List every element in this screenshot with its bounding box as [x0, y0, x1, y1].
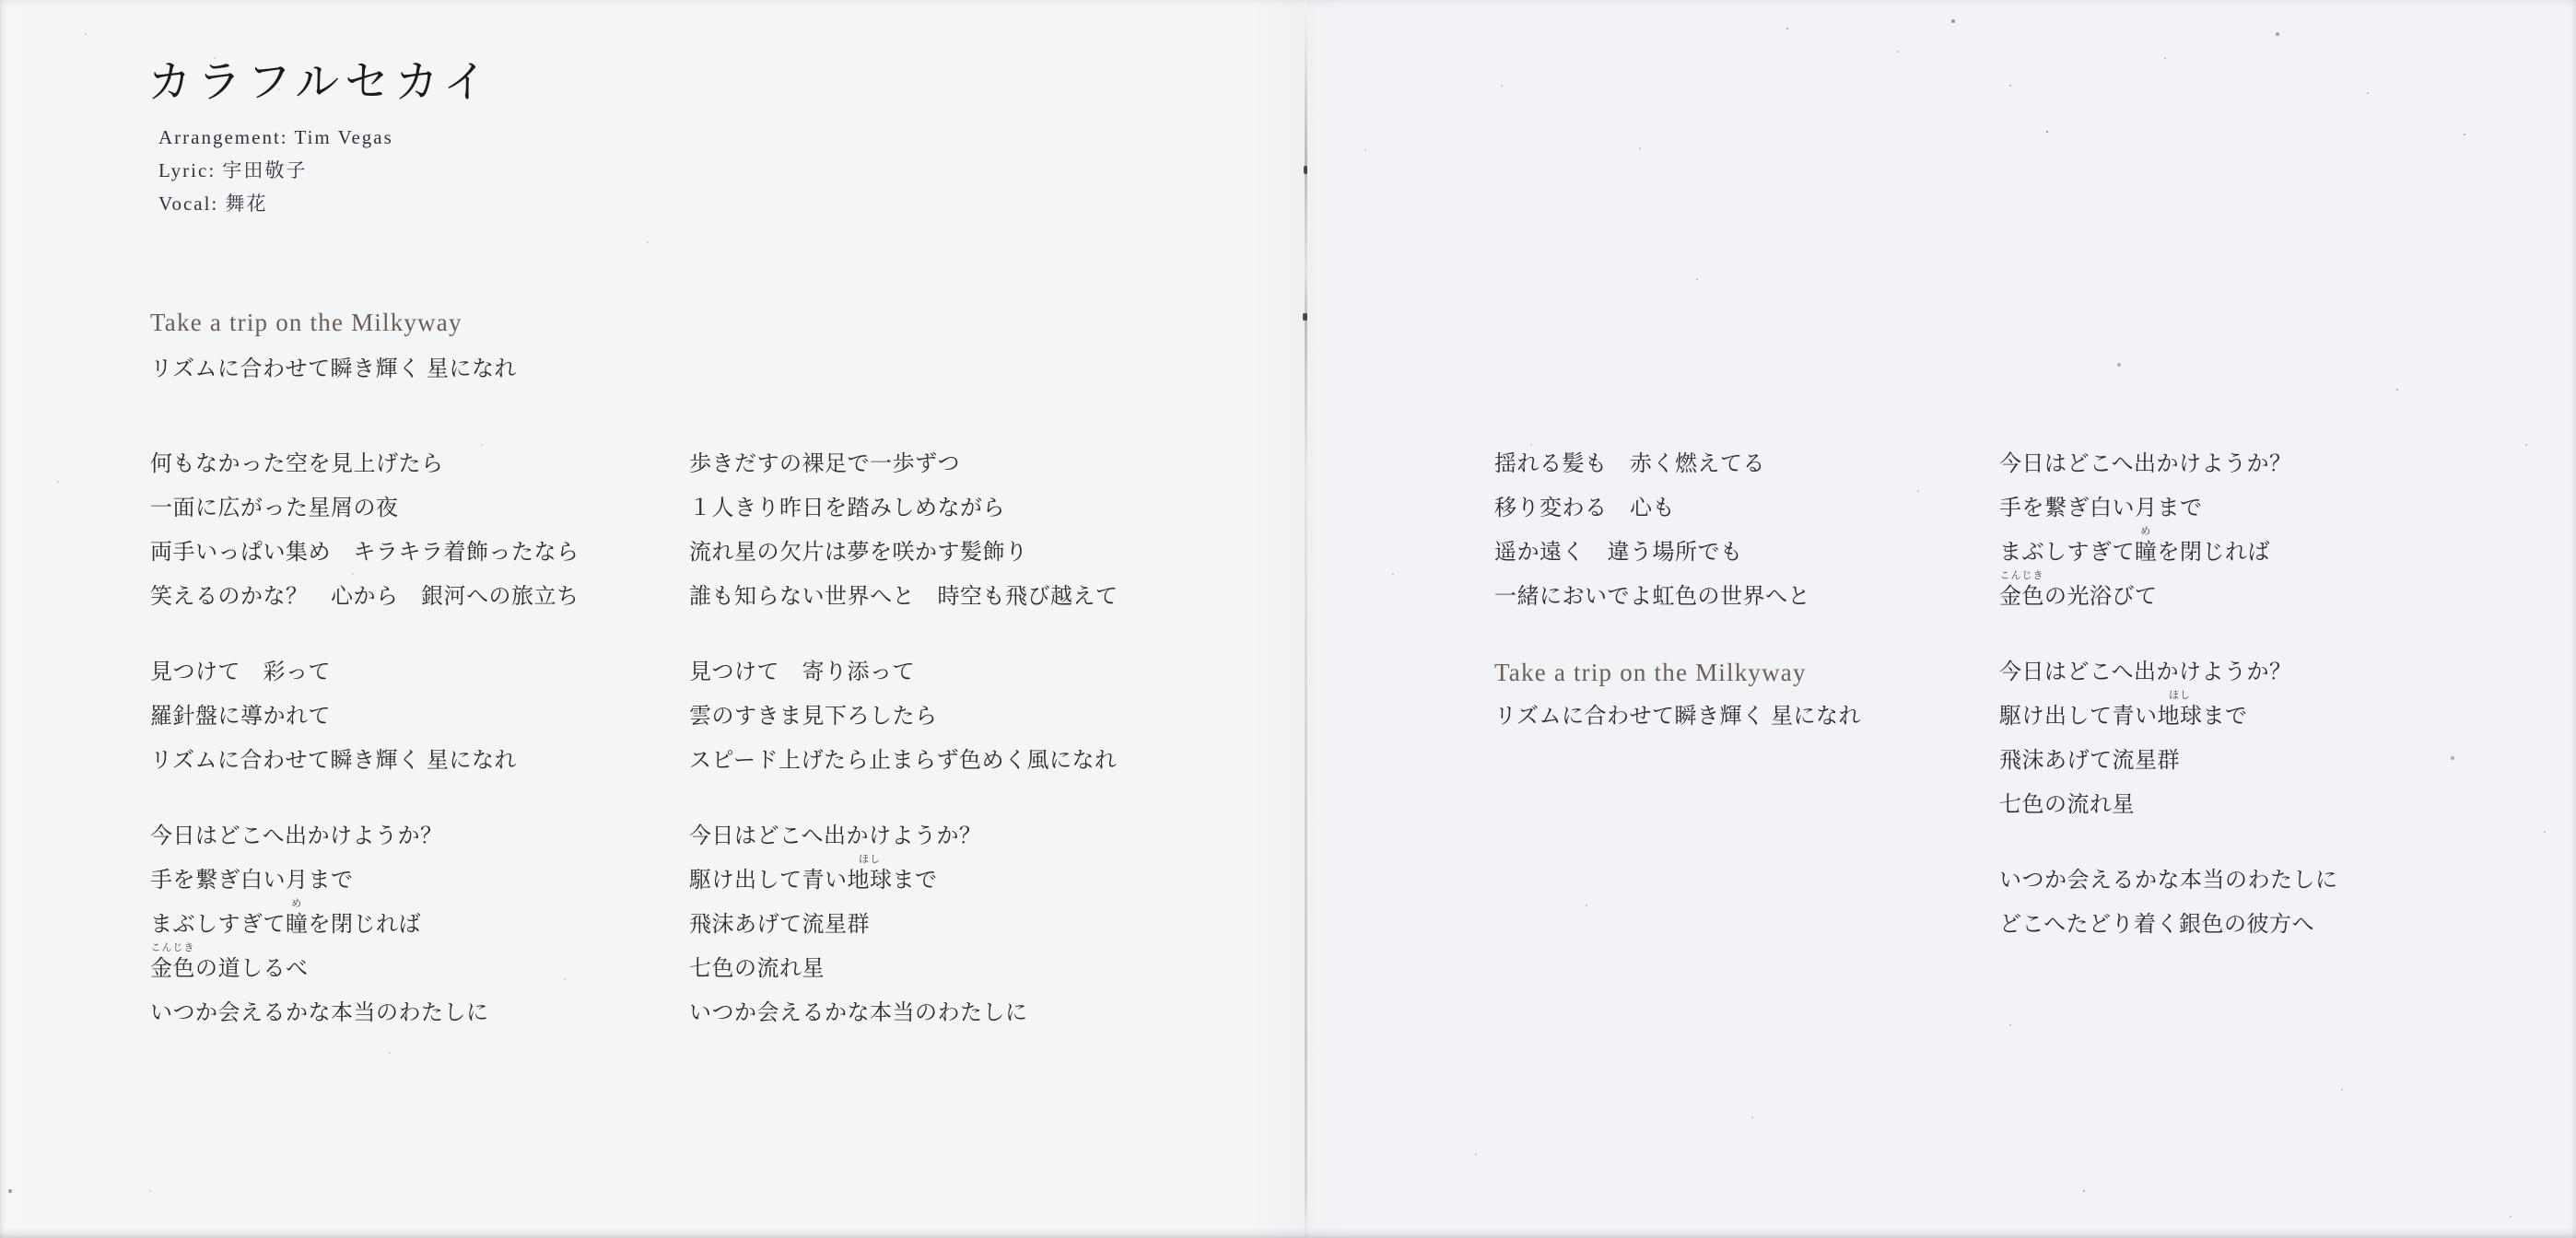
lyric-line: 雲のすきま見下ろしたら — [689, 705, 1118, 729]
lyric-stanza: 今日はどこへ出かけようか？駆け出して青いほし地球まで飛沫あげて流星群七色の流れ星… — [689, 824, 1118, 1025]
credit-line: Arrangement: Tim Vegas — [158, 127, 393, 147]
furigana-group: ほし地球 — [848, 869, 893, 893]
lyric-segment: 遥か遠く 違う場所でも — [1494, 541, 1743, 565]
lyric-line: こんじき金色の光浴びて — [1999, 585, 2338, 609]
lyric-line: 今日はどこへ出かけようか？ — [150, 824, 580, 848]
furigana-group: め瞳 — [286, 913, 309, 937]
lyric-line: まぶしすぎてめ瞳を閉じれば — [150, 913, 580, 937]
lyric-line: 歩きだすの裸足で一歩ずつ — [689, 452, 1118, 476]
lyric-stanza: 今日はどこへ出かけようか？手を繋ぎ白い月までまぶしすぎてめ瞳を閉じればこんじき金… — [1999, 452, 2338, 609]
lyric-segment: を閉じれば — [309, 913, 422, 937]
lyric-segment: リズムに合わせて瞬き輝く 星になれ — [150, 749, 517, 773]
lyric-segment: 七色の流れ星 — [689, 957, 825, 981]
lyric-stanza: 今日はどこへ出かけようか？駆け出して青いほし地球まで飛沫あげて流星群七色の流れ星 — [1999, 660, 2338, 817]
lyric-line: 飛沫あげて流星群 — [1999, 749, 2338, 773]
credit-line: Vocal: 舞花 — [158, 193, 393, 214]
furigana-text: こんじき — [2000, 571, 2044, 581]
credit-line: Lyric: 宇田敬子 — [158, 160, 393, 181]
furigana-base: 地球 — [2158, 705, 2203, 729]
song-title: カラフルセカイ — [147, 59, 493, 107]
lyric-line: 手を繋ぎ白い月まで — [150, 869, 580, 893]
lyric-line: 駆け出して青いほし地球まで — [1999, 705, 2338, 729]
lyric-segment: まで — [893, 869, 938, 893]
lyric-line: 手を繋ぎ白い月まで — [1999, 496, 2338, 520]
lyric-segment: 一面に広がった星屑の夜 — [150, 496, 399, 520]
lyrics-column-2: 歩きだすの裸足で一歩ずつ１人きり昨日を踏みしめながら流れ星の欠片は夢を咲かす髪飾… — [689, 452, 1118, 1077]
furigana-base: 地球 — [848, 869, 893, 893]
lyric-segment: 流れ星の欠片は夢を咲かす髪飾り — [689, 541, 1028, 565]
lyric-line: いつか会えるかな本当のわたしに — [689, 1001, 1118, 1025]
lyric-segment: まで — [2203, 705, 2248, 729]
lyric-segment: 見つけて 彩って — [150, 660, 331, 684]
furigana-group: こんじき金色 — [150, 957, 195, 981]
lyric-line: 見つけて 彩って — [150, 660, 580, 684]
lyric-segment: 一緒においでよ虹色の世界へと — [1494, 585, 1810, 609]
lyric-segment: の光浴びて — [2044, 585, 2158, 609]
page-left: カラフルセカイ Arrangement: Tim VegasLyric: 宇田敬… — [0, 0, 1305, 1238]
lyric-line: １人きり昨日を踏みしめながら — [689, 496, 1118, 520]
lyric-stanza: 見つけて 寄り添って雲のすきま見下ろしたらスピード上げたら止まらず色めく風になれ — [689, 660, 1118, 773]
furigana-base: 瞳 — [2135, 541, 2158, 565]
lyric-stanza: Take a trip on the Milkywayリズムに合わせて瞬き輝く … — [1494, 660, 1861, 729]
furigana-base: 金色 — [150, 957, 195, 981]
lyric-stanza: いつか会えるかな本当のわたしにどこへたどり着く銀色の彼方へ — [1999, 869, 2338, 937]
lyric-segment: 今日はどこへ出かけようか？ — [1999, 660, 2292, 684]
lyric-line: 何もなかった空を見上げたら — [150, 452, 580, 476]
furigana-text: め — [291, 899, 302, 909]
lyric-segment: いつか会えるかな本当のわたしに — [1999, 869, 2338, 893]
lyric-segment: 七色の流れ星 — [1999, 793, 2135, 817]
lyric-segment: 飛沫あげて流星群 — [1999, 749, 2180, 773]
lyric-segment: 何もなかった空を見上げたら — [150, 452, 444, 476]
lyric-line: リズムに合わせて瞬き輝く 星になれ — [150, 357, 517, 381]
lyric-segment: 笑えるのかな？ 心から 銀河への旅立ち — [150, 585, 580, 609]
lyric-line: 流れ星の欠片は夢を咲かす髪飾り — [689, 541, 1118, 565]
fold-speck — [1304, 166, 1307, 174]
lyric-segment: スピード上げたら止まらず色めく風になれ — [689, 749, 1118, 773]
lyric-line: 今日はどこへ出かけようか？ — [1999, 660, 2338, 684]
lyric-segment: の道しるべ — [195, 957, 309, 981]
lyric-line: どこへたどり着く銀色の彼方へ — [1999, 913, 2338, 937]
furigana-text: こんじき — [151, 943, 195, 953]
lyric-line: 移り変わる 心も — [1494, 496, 1861, 520]
lyric-segment: 両手いっぱい集め キラキラ着飾ったなら — [150, 541, 580, 565]
lyric-line: 揺れる髪も 赤く燃えてる — [1494, 452, 1861, 476]
lyric-segment: まぶしすぎて — [1999, 541, 2135, 565]
lyric-line: 羅針盤に導かれて — [150, 705, 580, 729]
lyrics-column-1: 何もなかった空を見上げたら一面に広がった星屑の夜両手いっぱい集め キラキラ着飾っ… — [150, 452, 580, 1077]
lyric-segment: 揺れる髪も 赤く燃えてる — [1494, 452, 1765, 476]
lyric-line: 七色の流れ星 — [1999, 793, 2338, 817]
lyric-line: まぶしすぎてめ瞳を閉じれば — [1999, 541, 2338, 565]
booklet-scan: カラフルセカイ Arrangement: Tim VegasLyric: 宇田敬… — [0, 0, 2576, 1238]
furigana-text: ほし — [859, 855, 881, 865]
lyric-segment: リズムに合わせて瞬き輝く 星になれ — [1494, 705, 1861, 729]
lyric-line-english: Take a trip on the Milkyway — [1494, 660, 1861, 684]
lyric-segment: を閉じれば — [2158, 541, 2271, 565]
furigana-base: 金色 — [1999, 585, 2044, 609]
lyric-stanza: 歩きだすの裸足で一歩ずつ１人きり昨日を踏みしめながら流れ星の欠片は夢を咲かす髪飾… — [689, 452, 1118, 609]
lyrics-column-4: 今日はどこへ出かけようか？手を繋ぎ白い月までまぶしすぎてめ瞳を閉じればこんじき金… — [1999, 452, 2338, 988]
furigana-group: ほし地球 — [2158, 705, 2203, 729]
lyric-segment: 駆け出して青い — [689, 869, 848, 893]
lyric-stanza: 揺れる髪も 赤く燃えてる移り変わる 心も遥か遠く 違う場所でも一緒においでよ虹色… — [1494, 452, 1861, 609]
lyric-stanza: 何もなかった空を見上げたら一面に広がった星屑の夜両手いっぱい集め キラキラ着飾っ… — [150, 452, 580, 609]
lyric-segment: 雲のすきま見下ろしたら — [689, 705, 938, 729]
lyric-line: 七色の流れ星 — [689, 957, 1118, 981]
lyric-line: いつか会えるかな本当のわたしに — [150, 1001, 580, 1025]
paper-dust — [0, 0, 2, 2]
lyric-segment: 飛沫あげて流星群 — [689, 913, 870, 937]
lyric-segment: 誰も知らない世界へと 時空も飛び越えて — [689, 585, 1118, 609]
lyric-line-english: Take a trip on the Milkyway — [150, 309, 517, 335]
furigana-group: め瞳 — [2135, 541, 2158, 565]
lyric-line: 見つけて 寄り添って — [689, 660, 1118, 684]
lyric-line: 駆け出して青いほし地球まで — [689, 869, 1118, 893]
lyric-segment: 手を繋ぎ白い月まで — [150, 869, 354, 893]
page-fold — [1305, 0, 1307, 1238]
lyric-line: 今日はどこへ出かけようか？ — [689, 824, 1118, 848]
lyrics-column-3: 揺れる髪も 赤く燃えてる移り変わる 心も遥か遠く 違う場所でも一緒においでよ虹色… — [1494, 452, 1861, 780]
lyric-line: いつか会えるかな本当のわたしに — [1999, 869, 2338, 893]
furigana-base: 瞳 — [286, 913, 309, 937]
furigana-group: こんじき金色 — [1999, 585, 2044, 609]
intro-chorus: Take a trip on the Milkywayリズムに合わせて瞬き輝く … — [150, 309, 517, 403]
lyric-segment: 今日はどこへ出かけようか？ — [689, 824, 982, 848]
lyric-stanza: 見つけて 彩って羅針盤に導かれてリズムに合わせて瞬き輝く 星になれ — [150, 660, 580, 773]
lyric-segment: 駆け出して青い — [1999, 705, 2158, 729]
credits-list: Arrangement: Tim VegasLyric: 宇田敬子Vocal: … — [158, 127, 393, 227]
lyric-line: 誰も知らない世界へと 時空も飛び越えて — [689, 585, 1118, 609]
lyric-segment: 歩きだすの裸足で一歩ずつ — [689, 452, 960, 476]
furigana-text: め — [2140, 527, 2151, 537]
lyric-segment: 見つけて 寄り添って — [689, 660, 915, 684]
lyric-segment: 今日はどこへ出かけようか？ — [1999, 452, 2292, 476]
lyric-segment: 今日はどこへ出かけようか？ — [150, 824, 443, 848]
lyric-segment: 移り変わる 心も — [1494, 496, 1675, 520]
lyric-segment: Take a trip on the Milkyway — [150, 309, 463, 336]
furigana-text: ほし — [2169, 691, 2191, 701]
lyric-segment: リズムに合わせて瞬き輝く 星になれ — [150, 357, 517, 381]
lyric-line: リズムに合わせて瞬き輝く 星になれ — [1494, 705, 1861, 729]
lyric-segment: いつか会えるかな本当のわたしに — [150, 1001, 489, 1025]
lyric-line: 笑えるのかな？ 心から 銀河への旅立ち — [150, 585, 580, 609]
paper-dust — [1307, 0, 1309, 2]
page-right: 揺れる髪も 赤く燃えてる移り変わる 心も遥か遠く 違う場所でも一緒においでよ虹色… — [1307, 0, 2576, 1238]
lyric-line: 遥か遠く 違う場所でも — [1494, 541, 1861, 565]
lyric-segment: 手を繋ぎ白い月まで — [1999, 496, 2203, 520]
lyric-line: こんじき金色の道しるべ — [150, 957, 580, 981]
lyric-segment: まぶしすぎて — [150, 913, 286, 937]
lyric-segment: Take a trip on the Milkyway — [1494, 659, 1807, 686]
lyric-line: 一緒においでよ虹色の世界へと — [1494, 585, 1861, 609]
lyric-line: 今日はどこへ出かけようか？ — [1999, 452, 2338, 476]
lyric-segment: いつか会えるかな本当のわたしに — [689, 1001, 1028, 1025]
lyric-line: 飛沫あげて流星群 — [689, 913, 1118, 937]
lyric-segment: 羅針盤に導かれて — [150, 705, 331, 729]
lyric-line: 一面に広がった星屑の夜 — [150, 496, 580, 520]
lyric-stanza: 今日はどこへ出かけようか？手を繋ぎ白い月までまぶしすぎてめ瞳を閉じればこんじき金… — [150, 824, 580, 1025]
lyric-segment: どこへたどり着く銀色の彼方へ — [1999, 913, 2314, 937]
lyric-segment: １人きり昨日を踏みしめながら — [689, 496, 1005, 520]
lyric-line: スピード上げたら止まらず色めく風になれ — [689, 749, 1118, 773]
fold-speck — [1303, 313, 1307, 321]
lyric-line: リズムに合わせて瞬き輝く 星になれ — [150, 749, 580, 773]
lyric-line: 両手いっぱい集め キラキラ着飾ったなら — [150, 541, 580, 565]
